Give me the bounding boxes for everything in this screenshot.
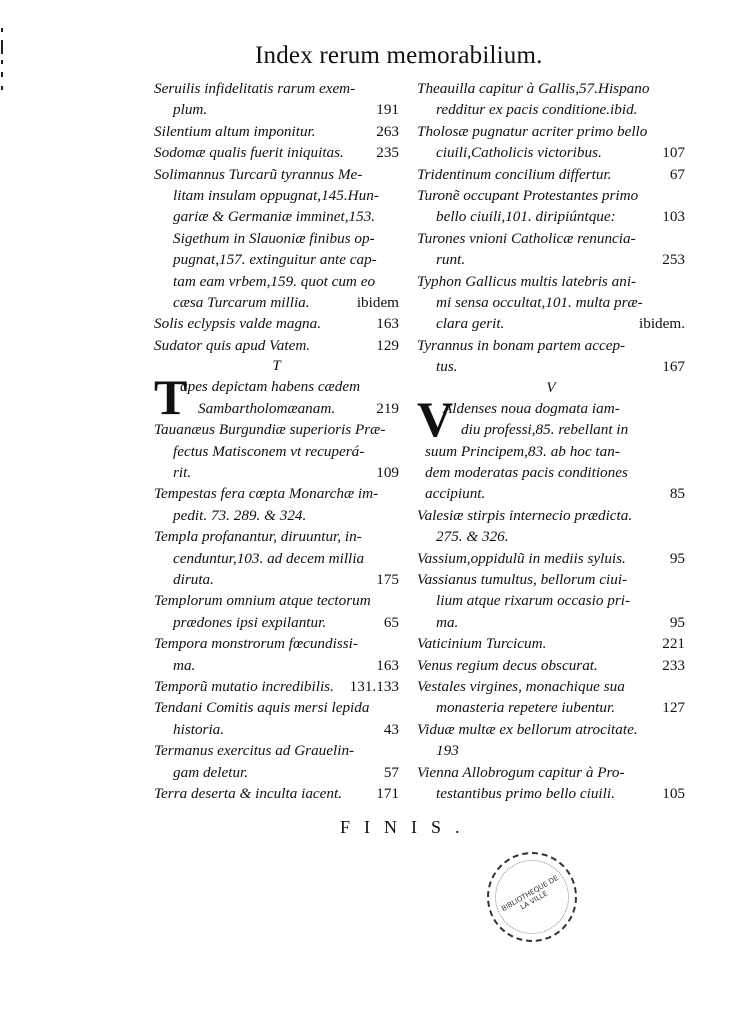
scan-gutter-marks <box>0 20 4 90</box>
entry-text: Viduæ multæ ex bellorum atrocitate. <box>417 719 638 740</box>
entry-line: Silentium altum imponitur.263 <box>154 121 399 142</box>
entry-text: Tempora monstrorum fœcundissi- <box>154 633 358 654</box>
entry-text: Terra deserta & inculta iacent. <box>154 783 342 804</box>
index-entry: Templorum omnium atque tectorumprædones … <box>154 590 399 633</box>
index-entry: Solimannus Turcarũ tyrannus Me-litam ins… <box>154 164 399 314</box>
entry-line: Vaticinium Turcicum.221 <box>417 633 685 654</box>
entry-text: runt. <box>436 249 465 270</box>
entry-line: apes depictam habens cædem <box>154 376 399 397</box>
entry-text: ciuili,Catholicis victoribus. <box>436 142 602 163</box>
entry-line: Valesiæ stirpis internecio prædicta. <box>417 505 685 526</box>
page-number: 163 <box>376 313 399 334</box>
entry-text: accipiunt. <box>425 483 485 504</box>
entry-text: Silentium altum imponitur. <box>154 121 316 142</box>
entry-line: Viduæ multæ ex bellorum atrocitate. <box>417 719 685 740</box>
entry-text: diruta. <box>173 569 214 590</box>
entry-text: diu professi,85. rebellant in <box>461 419 628 440</box>
index-entry: Vestales virgines, monachique suamonaste… <box>417 676 685 719</box>
index-entry: Turonẽ occupant Protestantes primobello … <box>417 185 685 228</box>
entry-line: Aldenses noua dogmata iam- <box>417 398 685 419</box>
page-number: 191 <box>376 99 399 120</box>
entry-line: gam deletur.57 <box>154 762 399 783</box>
page-number: 263 <box>376 121 399 142</box>
entry-line: Templorum omnium atque tectorum <box>154 590 399 611</box>
index-column-left: Seruilis infidelitatis rarum exem-plum.1… <box>154 78 399 804</box>
entry-line: Vestales virgines, monachique sua <box>417 676 685 697</box>
entry-line: Vassium,oppidulũ in mediis syluis.95 <box>417 548 685 569</box>
entry-text: Tauanæus Burgundiæ superioris Præ- <box>154 419 385 440</box>
page-number: 65 <box>384 612 399 633</box>
entry-line: historia.43 <box>154 719 399 740</box>
entry-text: Theauilla capitur à Gallis,57.Hispano <box>417 78 649 99</box>
entry-line: Tholosæ pugnatur acriter primo bello <box>417 121 685 142</box>
index-entry: Theauilla capitur à Gallis,57.Hispanored… <box>417 78 685 121</box>
entry-line: Vienna Allobrogum capitur à Pro- <box>417 762 685 783</box>
entry-line: ciuili,Catholicis victoribus.107 <box>417 142 685 163</box>
index-entry: Venus regium decus obscurat.233 <box>417 655 685 676</box>
entry-text: cæsa Turcarum millia. <box>173 292 310 313</box>
entry-line: ma.163 <box>154 655 399 676</box>
index-entry: Terra deserta & inculta iacent.171 <box>154 783 399 804</box>
entry-line: suum Principem,83. ab hoc tan- <box>417 441 685 462</box>
entry-text: bello ciuili,101. diripiúntque: <box>436 206 616 227</box>
entry-text: redditur ex pacis conditione.ibid. <box>436 99 637 120</box>
drop-cap-initial: T <box>154 374 187 420</box>
index-entry: Sodomæ qualis fuerit iniquitas.235 <box>154 142 399 163</box>
entry-line: ma.95 <box>417 612 685 633</box>
entry-line: dem moderatas pacis conditiones <box>417 462 685 483</box>
entry-text: Aldenses noua dogmata iam- <box>443 398 620 419</box>
entry-line: cenduntur,103. ad decem millia <box>154 548 399 569</box>
entry-line: Sudator quis apud Vatem.129 <box>154 335 399 356</box>
entry-line: Tempora monstrorum fœcundissi- <box>154 633 399 654</box>
page-number: 43 <box>384 719 399 740</box>
entry-text: Tridentinum concilium differtur. <box>417 164 611 185</box>
entry-text: Turonẽ occupant Protestantes primo <box>417 185 638 206</box>
page-number: 175 <box>376 569 399 590</box>
page-number: 95 <box>670 612 685 633</box>
page-number: 67 <box>670 164 685 185</box>
index-entry: Silentium altum imponitur.263 <box>154 121 399 142</box>
entry-text: tus. <box>436 356 458 377</box>
index-entry: Solis eclypsis valde magna.163 <box>154 313 399 334</box>
index-entry: Vassium,oppidulũ in mediis syluis.95 <box>417 548 685 569</box>
index-entry: Tendani Comitis aquis mersi lepidahistor… <box>154 697 399 740</box>
entry-text: Venus regium decus obscurat. <box>417 655 598 676</box>
entry-line: Tempestas fera cœpta Monarchæ im- <box>154 483 399 504</box>
page-header-title: Index rerum memorabilium. <box>255 42 543 70</box>
page-number: 233 <box>662 655 685 676</box>
index-entry: Viduæ multæ ex bellorum atrocitate.193 <box>417 719 685 762</box>
entry-text: mi sensa occultat,101. multa præ- <box>436 292 643 313</box>
entry-text: historia. <box>173 719 224 740</box>
entry-text: Vestales virgines, monachique sua <box>417 676 625 697</box>
section-heading-t: T <box>154 356 399 376</box>
entry-line: prædones ipsi expilantur.65 <box>154 612 399 633</box>
library-stamp: BIBLIOTHEQUE DE LA VILLE <box>487 852 577 942</box>
entry-text: rit. <box>173 462 191 483</box>
entry-line: fectus Matisconem vt recuperá- <box>154 441 399 462</box>
entry-line: Templa profanantur, diruuntur, in- <box>154 526 399 547</box>
index-entry: Vienna Allobrogum capitur à Pro-testanti… <box>417 762 685 805</box>
entry-text: testantibus primo bello ciuili. <box>436 783 615 804</box>
entry-line: Termanus exercitus ad Grauelin- <box>154 740 399 761</box>
entry-text: prædones ipsi expilantur. <box>173 612 326 633</box>
entry-text: Sigethum in Slauoniæ finibus op- <box>173 228 375 249</box>
page-number: 131.133 <box>350 676 399 697</box>
entry-text: Turones vnioni Catholicæ renuncia- <box>417 228 636 249</box>
page-number: 167 <box>662 356 685 377</box>
index-entry: Termanus exercitus ad Grauelin-gam delet… <box>154 740 399 783</box>
page-number: 109 <box>376 462 399 483</box>
entry-line: monasteria repetere iubentur.127 <box>417 697 685 718</box>
entry-line: Tyrannus in bonam partem accep- <box>417 335 685 356</box>
entry-text: Termanus exercitus ad Grauelin- <box>154 740 354 761</box>
page-number: 163 <box>376 655 399 676</box>
index-entry: Tempestas fera cœpta Monarchæ im-pedit. … <box>154 483 399 526</box>
entry-text: gariæ & Germaniæ imminet,153. <box>173 206 375 227</box>
page-number: ibidem. <box>639 313 685 334</box>
entry-line: Tridentinum concilium differtur.67 <box>417 164 685 185</box>
entry-text: fectus Matisconem vt recuperá- <box>173 441 364 462</box>
index-entry: Typhon Gallicus multis latebris ani-mi s… <box>417 271 685 335</box>
entry-line: Sambartholomæanam.219 <box>154 398 399 419</box>
index-entry: Templa profanantur, diruuntur, in-cendun… <box>154 526 399 590</box>
entry-text: Templa profanantur, diruuntur, in- <box>154 526 362 547</box>
entry-text: Seruilis infidelitatis rarum exem- <box>154 78 355 99</box>
entry-text: Tendani Comitis aquis mersi lepida <box>154 697 369 718</box>
entry-text: Vienna Allobrogum capitur à Pro- <box>417 762 625 783</box>
page-number: 127 <box>662 697 685 718</box>
entry-text: Temporũ mutatio incredibilis. <box>154 676 334 697</box>
entry-line: Solimannus Turcarũ tyrannus Me- <box>154 164 399 185</box>
entry-text: 193 <box>436 740 459 761</box>
index-entry: Turones vnioni Catholicæ renuncia-runt.2… <box>417 228 685 271</box>
entry-line: Tauanæus Burgundiæ superioris Præ- <box>154 419 399 440</box>
entry-line: tam eam vrbem,159. quot cum eo <box>154 271 399 292</box>
entry-line: gariæ & Germaniæ imminet,153. <box>154 206 399 227</box>
page-number: 129 <box>376 335 399 356</box>
entry-text: litam insulam oppugnat,145.Hun- <box>173 185 379 206</box>
index-entry: Sudator quis apud Vatem.129 <box>154 335 399 356</box>
entry-line: Sodomæ qualis fuerit iniquitas.235 <box>154 142 399 163</box>
entry-line: tus.167 <box>417 356 685 377</box>
page-number: 107 <box>662 142 685 163</box>
entry-line: bello ciuili,101. diripiúntque:103 <box>417 206 685 227</box>
entry-text: Sodomæ qualis fuerit iniquitas. <box>154 142 344 163</box>
index-entry: Temporũ mutatio incredibilis.131.133 <box>154 676 399 697</box>
entry-text: ma. <box>173 655 195 676</box>
entry-text: Templorum omnium atque tectorum <box>154 590 371 611</box>
page-number: 95 <box>670 548 685 569</box>
entry-line: cæsa Turcarum millia.ibidem <box>154 292 399 313</box>
library-stamp-text: BIBLIOTHEQUE DE LA VILLE <box>481 846 582 947</box>
entry-line: Solis eclypsis valde magna.163 <box>154 313 399 334</box>
entry-line: rit.109 <box>154 462 399 483</box>
entry-line: lium atque rixarum occasio pri- <box>417 590 685 611</box>
entry-line: diruta.175 <box>154 569 399 590</box>
entry-text: pugnat,157. extinguitur ante cap- <box>173 249 377 270</box>
entry-text: pedit. 73. 289. & 324. <box>173 505 306 526</box>
entry-text: Sambartholomæanam. <box>198 398 335 419</box>
index-entry: Tyrannus in bonam partem accep-tus.167 <box>417 335 685 378</box>
entry-text: tam eam vrbem,159. quot cum eo <box>173 271 375 292</box>
entry-text: Sudator quis apud Vatem. <box>154 335 310 356</box>
page-number: 253 <box>662 249 685 270</box>
entry-text: suum Principem,83. ab hoc tan- <box>425 441 620 462</box>
page-number: 105 <box>662 783 685 804</box>
entry-line: Tendani Comitis aquis mersi lepida <box>154 697 399 718</box>
entry-text: Tempestas fera cœpta Monarchæ im- <box>154 483 378 504</box>
page-number: 103 <box>662 206 685 227</box>
page-number: 221 <box>662 633 685 654</box>
entry-text: 275. & 326. <box>436 526 509 547</box>
section-heading-v: V <box>417 378 685 398</box>
entry-text: Solimannus Turcarũ tyrannus Me- <box>154 164 362 185</box>
entry-line: Seruilis infidelitatis rarum exem- <box>154 78 399 99</box>
entry-text: apes depictam habens cædem <box>180 376 360 397</box>
page-number: 235 <box>376 142 399 163</box>
index-entry: Tauanæus Burgundiæ superioris Præ-fectus… <box>154 419 399 483</box>
entry-text: Typhon Gallicus multis latebris ani- <box>417 271 636 292</box>
entry-line: Sigethum in Slauoniæ finibus op- <box>154 228 399 249</box>
index-entry: Vassianus tumultus, bellorum ciui-lium a… <box>417 569 685 633</box>
entry-text: ma. <box>436 612 458 633</box>
index-entry: Tapes depictam habens cædemSambartholomæ… <box>154 376 399 419</box>
entry-line: Turones vnioni Catholicæ renuncia- <box>417 228 685 249</box>
entry-text: gam deletur. <box>173 762 248 783</box>
entry-line: Typhon Gallicus multis latebris ani- <box>417 271 685 292</box>
entry-text: Tholosæ pugnatur acriter primo bello <box>417 121 647 142</box>
entry-line: Vassianus tumultus, bellorum ciui- <box>417 569 685 590</box>
entry-line: mi sensa occultat,101. multa præ- <box>417 292 685 313</box>
page-number: 57 <box>384 762 399 783</box>
index-entry: Tempora monstrorum fœcundissi-ma.163 <box>154 633 399 676</box>
entry-line: Venus regium decus obscurat.233 <box>417 655 685 676</box>
entry-line: Temporũ mutatio incredibilis.131.133 <box>154 676 399 697</box>
drop-cap-initial: V <box>417 396 453 442</box>
entry-line: clara gerit.ibidem. <box>417 313 685 334</box>
entry-line: 275. & 326. <box>417 526 685 547</box>
index-column-right: Theauilla capitur à Gallis,57.Hispanored… <box>417 78 685 804</box>
page-number: ibidem <box>357 292 399 313</box>
entry-text: monasteria repetere iubentur. <box>436 697 615 718</box>
index-entry: Tholosæ pugnatur acriter primo bellociui… <box>417 121 685 164</box>
index-entry: Valesiæ stirpis internecio prædicta.275.… <box>417 505 685 548</box>
entry-line: pedit. 73. 289. & 324. <box>154 505 399 526</box>
entry-text: Valesiæ stirpis internecio prædicta. <box>417 505 632 526</box>
entry-text: cenduntur,103. ad decem millia <box>173 548 364 569</box>
entry-text: Vaticinium Turcicum. <box>417 633 546 654</box>
entry-line: Terra deserta & inculta iacent.171 <box>154 783 399 804</box>
entry-text: Tyrannus in bonam partem accep- <box>417 335 625 356</box>
entry-line: pugnat,157. extinguitur ante cap- <box>154 249 399 270</box>
entry-text: dem moderatas pacis conditiones <box>425 462 628 483</box>
entry-line: Turonẽ occupant Protestantes primo <box>417 185 685 206</box>
index-entry: VAldenses noua dogmata iam-diu professi,… <box>417 398 685 505</box>
entry-line: accipiunt.85 <box>417 483 685 504</box>
entry-line: plum.191 <box>154 99 399 120</box>
entry-line: 193 <box>417 740 685 761</box>
page-number: 171 <box>376 783 399 804</box>
entry-line: Theauilla capitur à Gallis,57.Hispano <box>417 78 685 99</box>
entry-text: lium atque rixarum occasio pri- <box>436 590 630 611</box>
finis-colophon: FINIS. <box>340 817 474 838</box>
entry-line: runt.253 <box>417 249 685 270</box>
index-entry: Tridentinum concilium differtur.67 <box>417 164 685 185</box>
entry-text: clara gerit. <box>436 313 504 334</box>
page-number: 219 <box>376 398 399 419</box>
entry-text: Solis eclypsis valde magna. <box>154 313 321 334</box>
entry-text: plum. <box>173 99 207 120</box>
entry-line: redditur ex pacis conditione.ibid. <box>417 99 685 120</box>
page-number: 85 <box>670 483 685 504</box>
entry-text: Vassium,oppidulũ in mediis syluis. <box>417 548 626 569</box>
entry-line: diu professi,85. rebellant in <box>417 419 685 440</box>
index-entry: Vaticinium Turcicum.221 <box>417 633 685 654</box>
entry-line: testantibus primo bello ciuili.105 <box>417 783 685 804</box>
entry-text: Vassianus tumultus, bellorum ciui- <box>417 569 627 590</box>
index-entry: Seruilis infidelitatis rarum exem-plum.1… <box>154 78 399 121</box>
entry-line: litam insulam oppugnat,145.Hun- <box>154 185 399 206</box>
